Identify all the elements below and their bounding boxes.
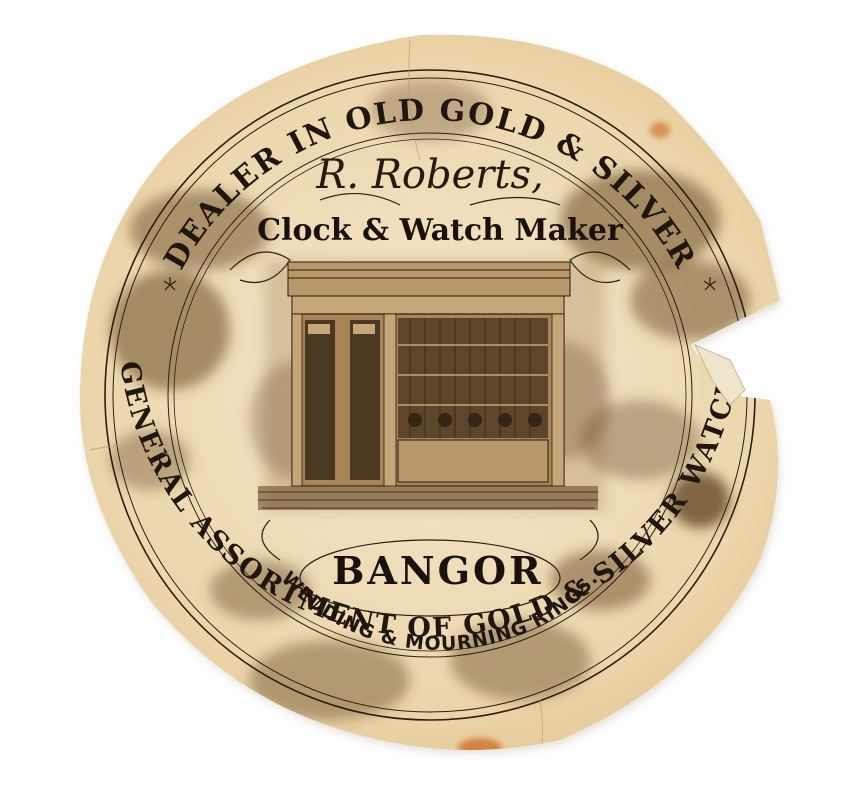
town-name: BANGOR <box>332 548 543 593</box>
watch-paper-photo: DEALER IN OLD GOLD & SILVER A GENERAL AS… <box>0 0 859 800</box>
shopfront-illustration <box>258 260 605 510</box>
watch-paper-svg: DEALER IN OLD GOLD & SILVER A GENERAL AS… <box>0 0 859 800</box>
maker-trade: Clock & Watch Maker <box>257 213 624 248</box>
maker-name: R. Roberts, <box>315 152 543 198</box>
